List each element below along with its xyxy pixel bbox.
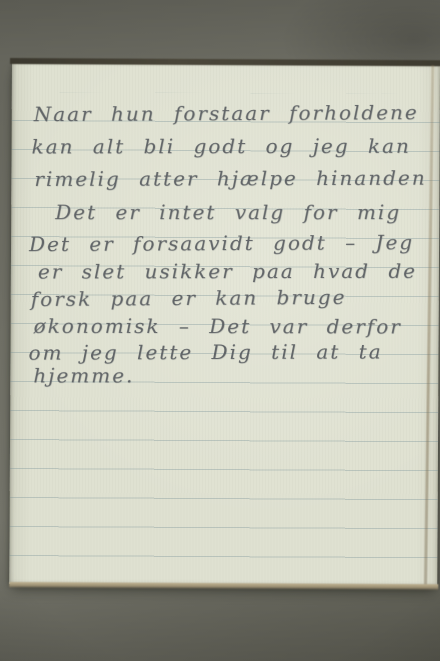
- handwriting-line: hjemme.: [33, 362, 134, 388]
- letter-page: Naar hun forstaar forholdene kan alt bli…: [9, 63, 440, 586]
- handwriting-line: kan alt bli godt og jeg kan: [32, 133, 411, 160]
- handwriting-line: Naar hun forstaar forholdene: [34, 99, 419, 127]
- handwriting-line: Det er forsaavidt godt – Jeg: [29, 229, 414, 257]
- handwriting-line: økonomisk – Det var derfor: [34, 313, 402, 340]
- photo-backdrop: Naar hun forstaar forholdene kan alt bli…: [0, 0, 440, 661]
- handwriting-line: er slet usikker paa hvad de: [38, 258, 417, 285]
- handwritten-text: Naar hun forstaar forholdene kan alt bli…: [9, 63, 440, 586]
- handwriting-line: forsk paa er kan bruge: [31, 284, 347, 312]
- handwriting-line: rimelig atter hjælpe hinanden –: [34, 164, 440, 191]
- handwriting-line: Det er intet valg for mig: [55, 199, 401, 225]
